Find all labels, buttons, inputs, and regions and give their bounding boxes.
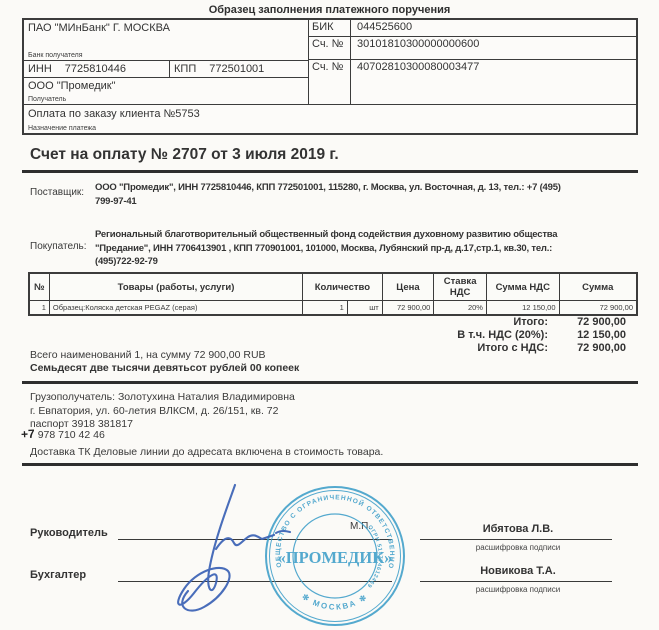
col-vat-sum: Сумма НДС [487, 274, 560, 300]
corr-account-label: Сч. № [309, 37, 351, 59]
total-with-vat-label: Итого с НДС: [477, 342, 548, 354]
recipient-bank-name: ПАО "МИнБанк" Г. МОСКВА [28, 22, 304, 34]
phone-number: 978 710 42 46 [38, 429, 105, 441]
handwritten-phone-prefix: +7 [21, 427, 35, 442]
totals-block: Итого: 72 900,00 В т.ч. НДС (20%): 12 15… [340, 315, 626, 354]
supplier-label: Поставщик: [30, 187, 84, 198]
item-vat-rate: 20% [434, 301, 487, 314]
items-count-line: Всего наименований 1, на сумму 72 900,00… [30, 349, 266, 361]
divider-line [22, 463, 638, 466]
total-value: 72 900,00 [548, 316, 626, 328]
invoice-title: Счет на оплату № 2707 от 3 июля 2019 г. [30, 146, 339, 164]
director-label: Руководитель [30, 527, 108, 539]
inn-label: ИНН [28, 63, 52, 75]
account-label: Сч. № [309, 60, 351, 104]
total-with-vat-value: 72 900,00 [548, 342, 626, 354]
col-num: № [30, 274, 50, 300]
director-name: Ибятова Л.В. [443, 523, 593, 535]
buyer-line-3: (495)722-92-79 [95, 255, 647, 269]
kpp-label: КПП [174, 63, 196, 75]
total-label: Итого: [513, 316, 548, 328]
item-vat-sum: 12 150,00 [487, 301, 560, 314]
payment-order-sample-table: ПАО "МИнБанк" Г. МОСКВА Банк получателя … [22, 18, 638, 135]
col-goods: Товары (работы, услуги) [50, 274, 303, 300]
items-table-header: № Товары (работы, услуги) Количество Цен… [30, 274, 636, 301]
recipient-caption: Получатель [28, 96, 66, 103]
item-name: Образец:Коляска детская PEGAZ (серая) [50, 301, 303, 314]
divider-line [22, 170, 638, 173]
recipient-bank-caption: Банк получателя [28, 52, 83, 59]
vat-total-value: 12 150,00 [548, 329, 626, 341]
buyer-details: Региональный благотворительный обществен… [95, 228, 647, 269]
inn-value: 7725810446 [65, 63, 126, 75]
accountant-label: Бухгалтер [30, 569, 86, 581]
item-qty: 1 [303, 301, 348, 314]
payment-purpose-caption: Назначение платежа [28, 125, 96, 132]
director-name-line [420, 539, 612, 540]
vat-total-label: В т.ч. НДС (20%): [457, 329, 548, 341]
items-table: № Товары (работы, услуги) Количество Цен… [28, 272, 638, 316]
bik-label: БИК [309, 20, 351, 36]
item-price: 72 900,00 [383, 301, 435, 314]
supplier-line-2: 799-97-41 [95, 195, 647, 209]
buyer-label: Покупатель: [30, 241, 87, 252]
amount-in-words: Семьдесят две тысячи девятьсот рублей 00… [30, 362, 299, 374]
supplier-line-1: ООО "Промедик", ИНН 7725810446, КПП 7725… [95, 181, 647, 195]
item-sum: 72 900,00 [560, 301, 636, 314]
invoice-document: Образец заполнения платежного поручения … [0, 0, 659, 630]
item-unit: шт [348, 301, 383, 314]
accountant-name: Новикова Т.А. [443, 565, 593, 577]
bik-value: 044525600 [351, 20, 418, 36]
recipient-name: ООО "Промедик" [28, 80, 304, 92]
kpp-value: 772501001 [209, 63, 264, 75]
item-num: 1 [30, 301, 50, 314]
page-title: Образец заполнения платежного поручения [0, 4, 659, 16]
accountant-caption: расшифровка подписи [443, 585, 593, 594]
divider-line [22, 381, 638, 384]
table-row: 1 Образец:Коляска детская PEGAZ (серая) … [30, 301, 636, 314]
consignee-address: г. Евпатория, ул. 60-летия ВЛКСМ, д. 26/… [30, 405, 295, 419]
delivery-note: Доставка ТК Деловые линии до адресата вк… [30, 446, 383, 458]
payment-purpose: Оплата по заказу клиента №5753 [28, 108, 632, 120]
signature-strokes [178, 485, 290, 611]
stamp-arc-bottom-text: ✻ МОСКВА ✻ [300, 592, 370, 612]
buyer-line-1: Региональный благотворительный обществен… [95, 228, 647, 242]
account-value: 40702810300080003477 [351, 60, 485, 104]
consignee-block: Грузополучатель: Золотухина Наталия Влад… [30, 391, 295, 432]
accountant-name-line [420, 581, 612, 582]
consignee-name: Грузополучатель: Золотухина Наталия Влад… [30, 391, 295, 405]
svg-text:✻ МОСКВА ✻: ✻ МОСКВА ✻ [300, 592, 370, 612]
col-price: Цена [383, 274, 435, 300]
handwritten-signature [138, 479, 308, 624]
corr-account-value: 30101810300000000600 [351, 37, 485, 59]
col-sum: Сумма [560, 274, 637, 300]
buyer-line-2: "Предание", ИНН 7706413901 , КПП 7709010… [95, 242, 647, 256]
col-quantity: Количество [303, 274, 382, 300]
director-caption: расшифровка подписи [443, 543, 593, 552]
col-vat-rate: Ставка НДС [434, 274, 487, 300]
consignee-phone: +7978 710 42 46 [21, 427, 105, 441]
supplier-details: ООО "Промедик", ИНН 7725810446, КПП 7725… [95, 181, 647, 208]
